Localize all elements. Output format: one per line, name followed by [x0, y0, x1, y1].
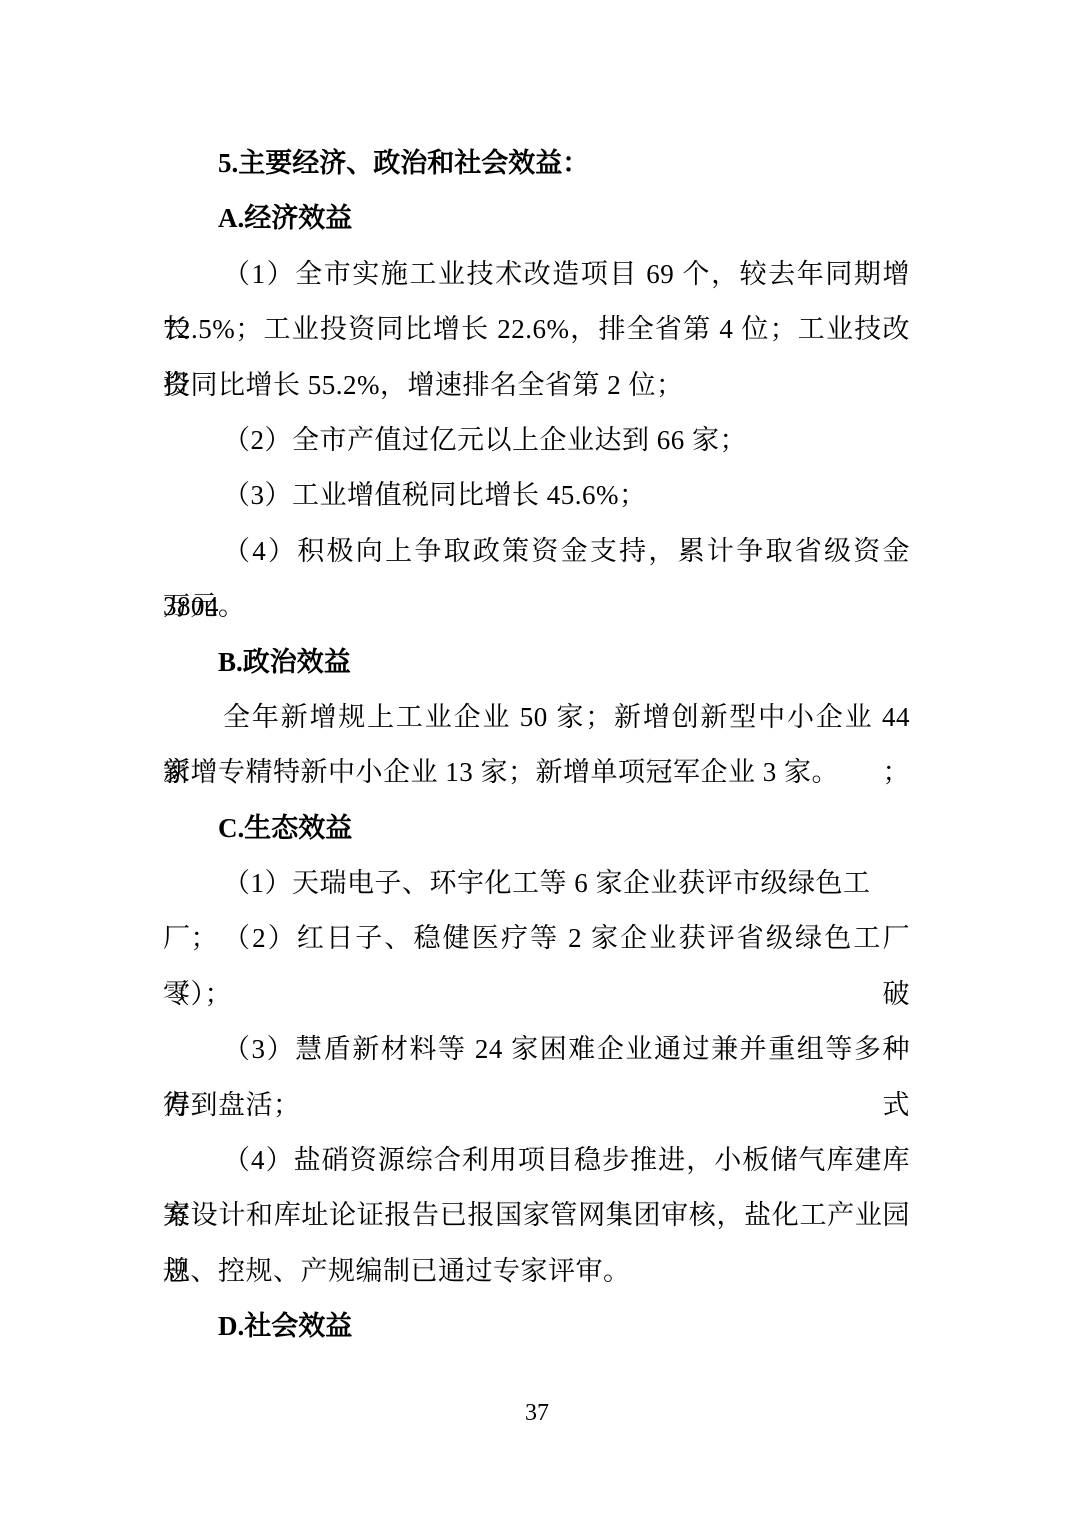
paragraph-line: （4）盐硝资源综合利用项目稳步推进，小板储气库建库方 — [163, 1133, 910, 1188]
heading-main-benefits: 5.主要经济、政治和社会效益： — [163, 136, 910, 191]
paragraph-line: （3）慧盾新材料等 24 家困难企业通过兼并重组等多种方式 — [163, 1022, 910, 1077]
paragraph-line: （1）天瑞电子、环宇化工等 6 家企业获评市级绿色工厂； — [163, 856, 910, 911]
heading-ecological-benefits: C.生态效益 — [163, 801, 910, 856]
document-body: 5.主要经济、政治和社会效益： A.经济效益 （1）全市实施工业技术改造项目 6… — [163, 136, 910, 1355]
heading-economic-benefits: A.经济效益 — [163, 191, 910, 246]
paragraph-line: （1）全市实施工业技术改造项目 69 个，较去年同期增长 — [163, 247, 910, 302]
paragraph-line: 规、控规、产规编制已通过专家评审。 — [163, 1244, 910, 1299]
paragraph-line: （2）红日子、稳健医疗等 2 家企业获评省级绿色工厂（破 — [163, 911, 910, 966]
paragraph-line: （4）积极向上争取政策资金支持，累计争取省级资金 3804 — [163, 524, 910, 579]
paragraph-line: 全年新增规上工业企业 50 家；新增创新型中小企业 44 家； — [163, 690, 910, 745]
document-page: 5.主要经济、政治和社会效益： A.经济效益 （1）全市实施工业技术改造项目 6… — [0, 0, 1074, 1520]
page-number: 37 — [0, 1398, 1074, 1428]
paragraph-line: 72.5%；工业投资同比增长 22.6%，排全省第 4 位；工业技改投 — [163, 302, 910, 357]
paragraph-line: （2）全市产值过亿元以上企业达到 66 家； — [163, 413, 910, 468]
paragraph-line: 资同比增长 55.2%，增速排名全省第 2 位； — [163, 358, 910, 413]
heading-social-benefits: D.社会效益 — [163, 1299, 910, 1354]
paragraph-line: （3）工业增值税同比增长 45.6%； — [163, 468, 910, 523]
heading-political-benefits: B.政治效益 — [163, 635, 910, 690]
paragraph-line: 新增专精特新中小企业 13 家；新增单项冠军企业 3 家。 — [163, 745, 910, 800]
paragraph-line: 案设计和库址论证报告已报国家管网集团审核，盐化工产业园总 — [163, 1188, 910, 1243]
paragraph-line: 万元。 — [163, 579, 910, 634]
